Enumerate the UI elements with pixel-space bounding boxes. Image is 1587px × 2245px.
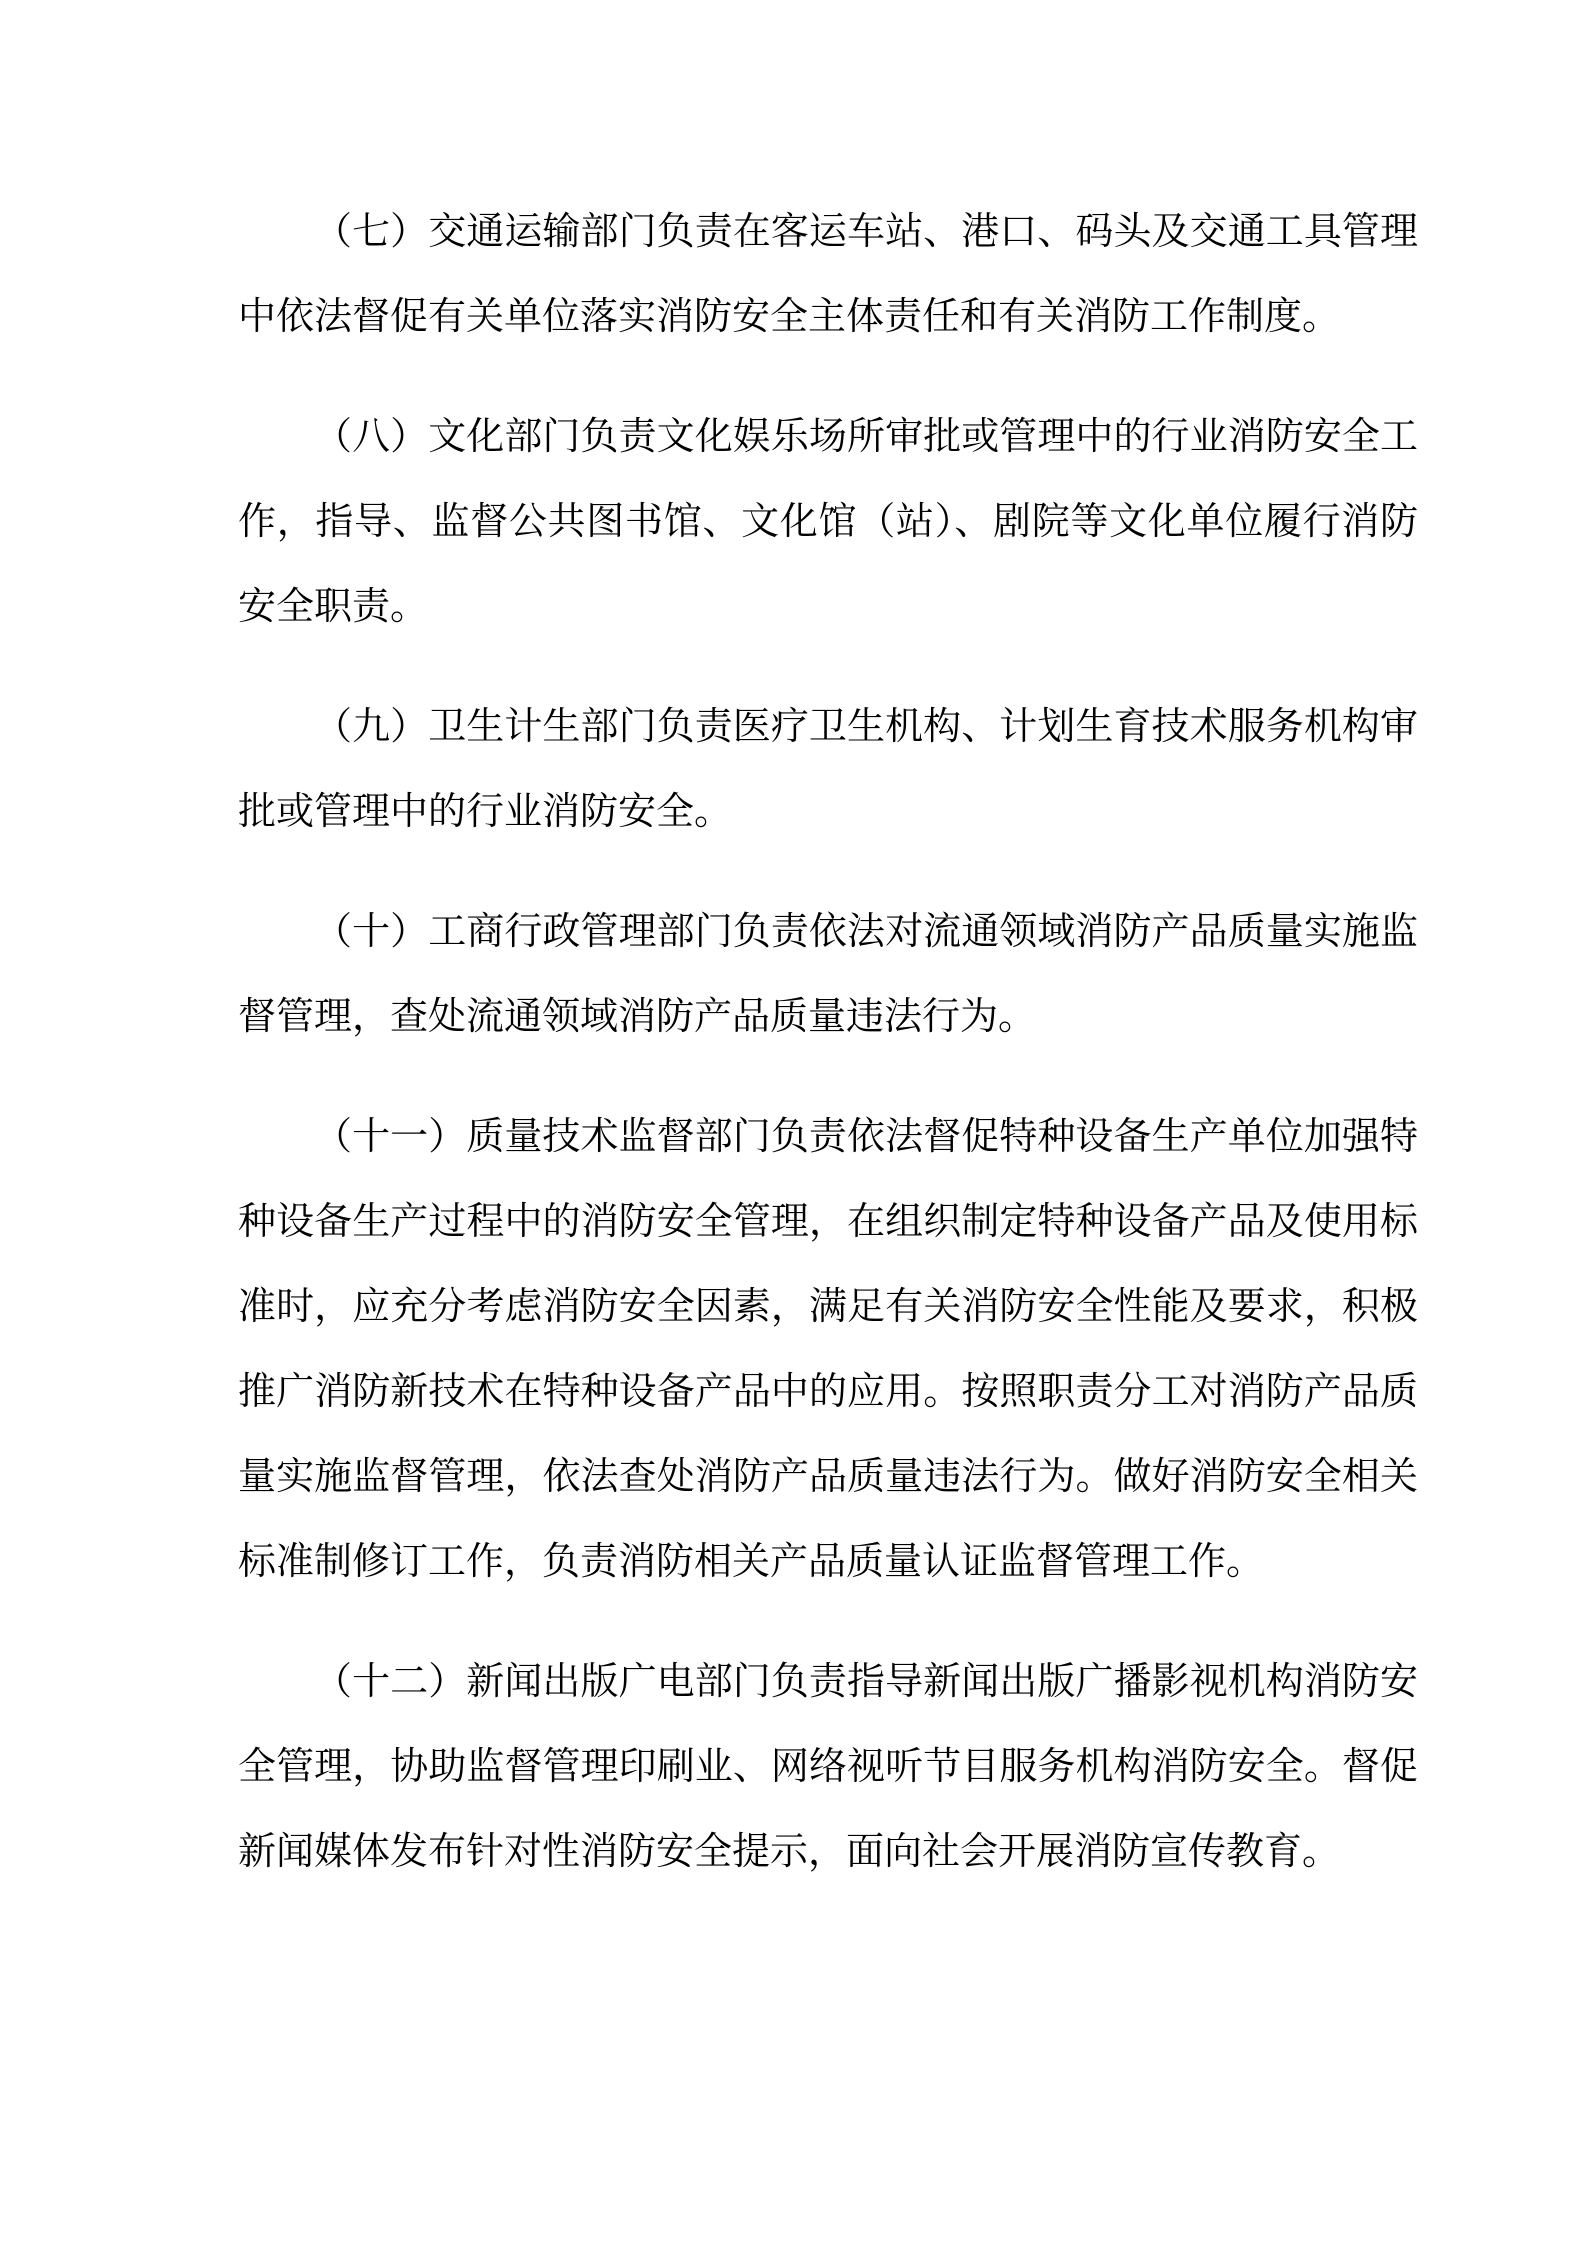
paragraph-item-8: （八）文化部门负责文化娱乐场所审批或管理中的行业消防安全工作，指导、监督公共图书… [238,394,1418,649]
document-body: （七）交通运输部门负责在客运车站、港口、码头及交通工具管理中依法督促有关单位落实… [238,189,1418,1894]
paragraph-item-12: （十二）新闻出版广电部门负责指导新闻出版广播影视机构消防安全管理，协助监督管理印… [238,1639,1418,1894]
paragraph-item-10: （十）工商行政管理部门负责依法对流通领域消防产品质量实施监督管理，查处流通领域消… [238,889,1418,1059]
paragraph-item-7: （七）交通运输部门负责在客运车站、港口、码头及交通工具管理中依法督促有关单位落实… [238,189,1418,359]
paragraph-item-9: （九）卫生计生部门负责医疗卫生机构、计划生育技术服务机构审批或管理中的行业消防安… [238,684,1418,854]
document-page: （七）交通运输部门负责在客运车站、港口、码头及交通工具管理中依法督促有关单位落实… [0,0,1587,2245]
paragraph-item-11: （十一）质量技术监督部门负责依法督促特种设备生产单位加强特种设备生产过程中的消防… [238,1094,1418,1604]
